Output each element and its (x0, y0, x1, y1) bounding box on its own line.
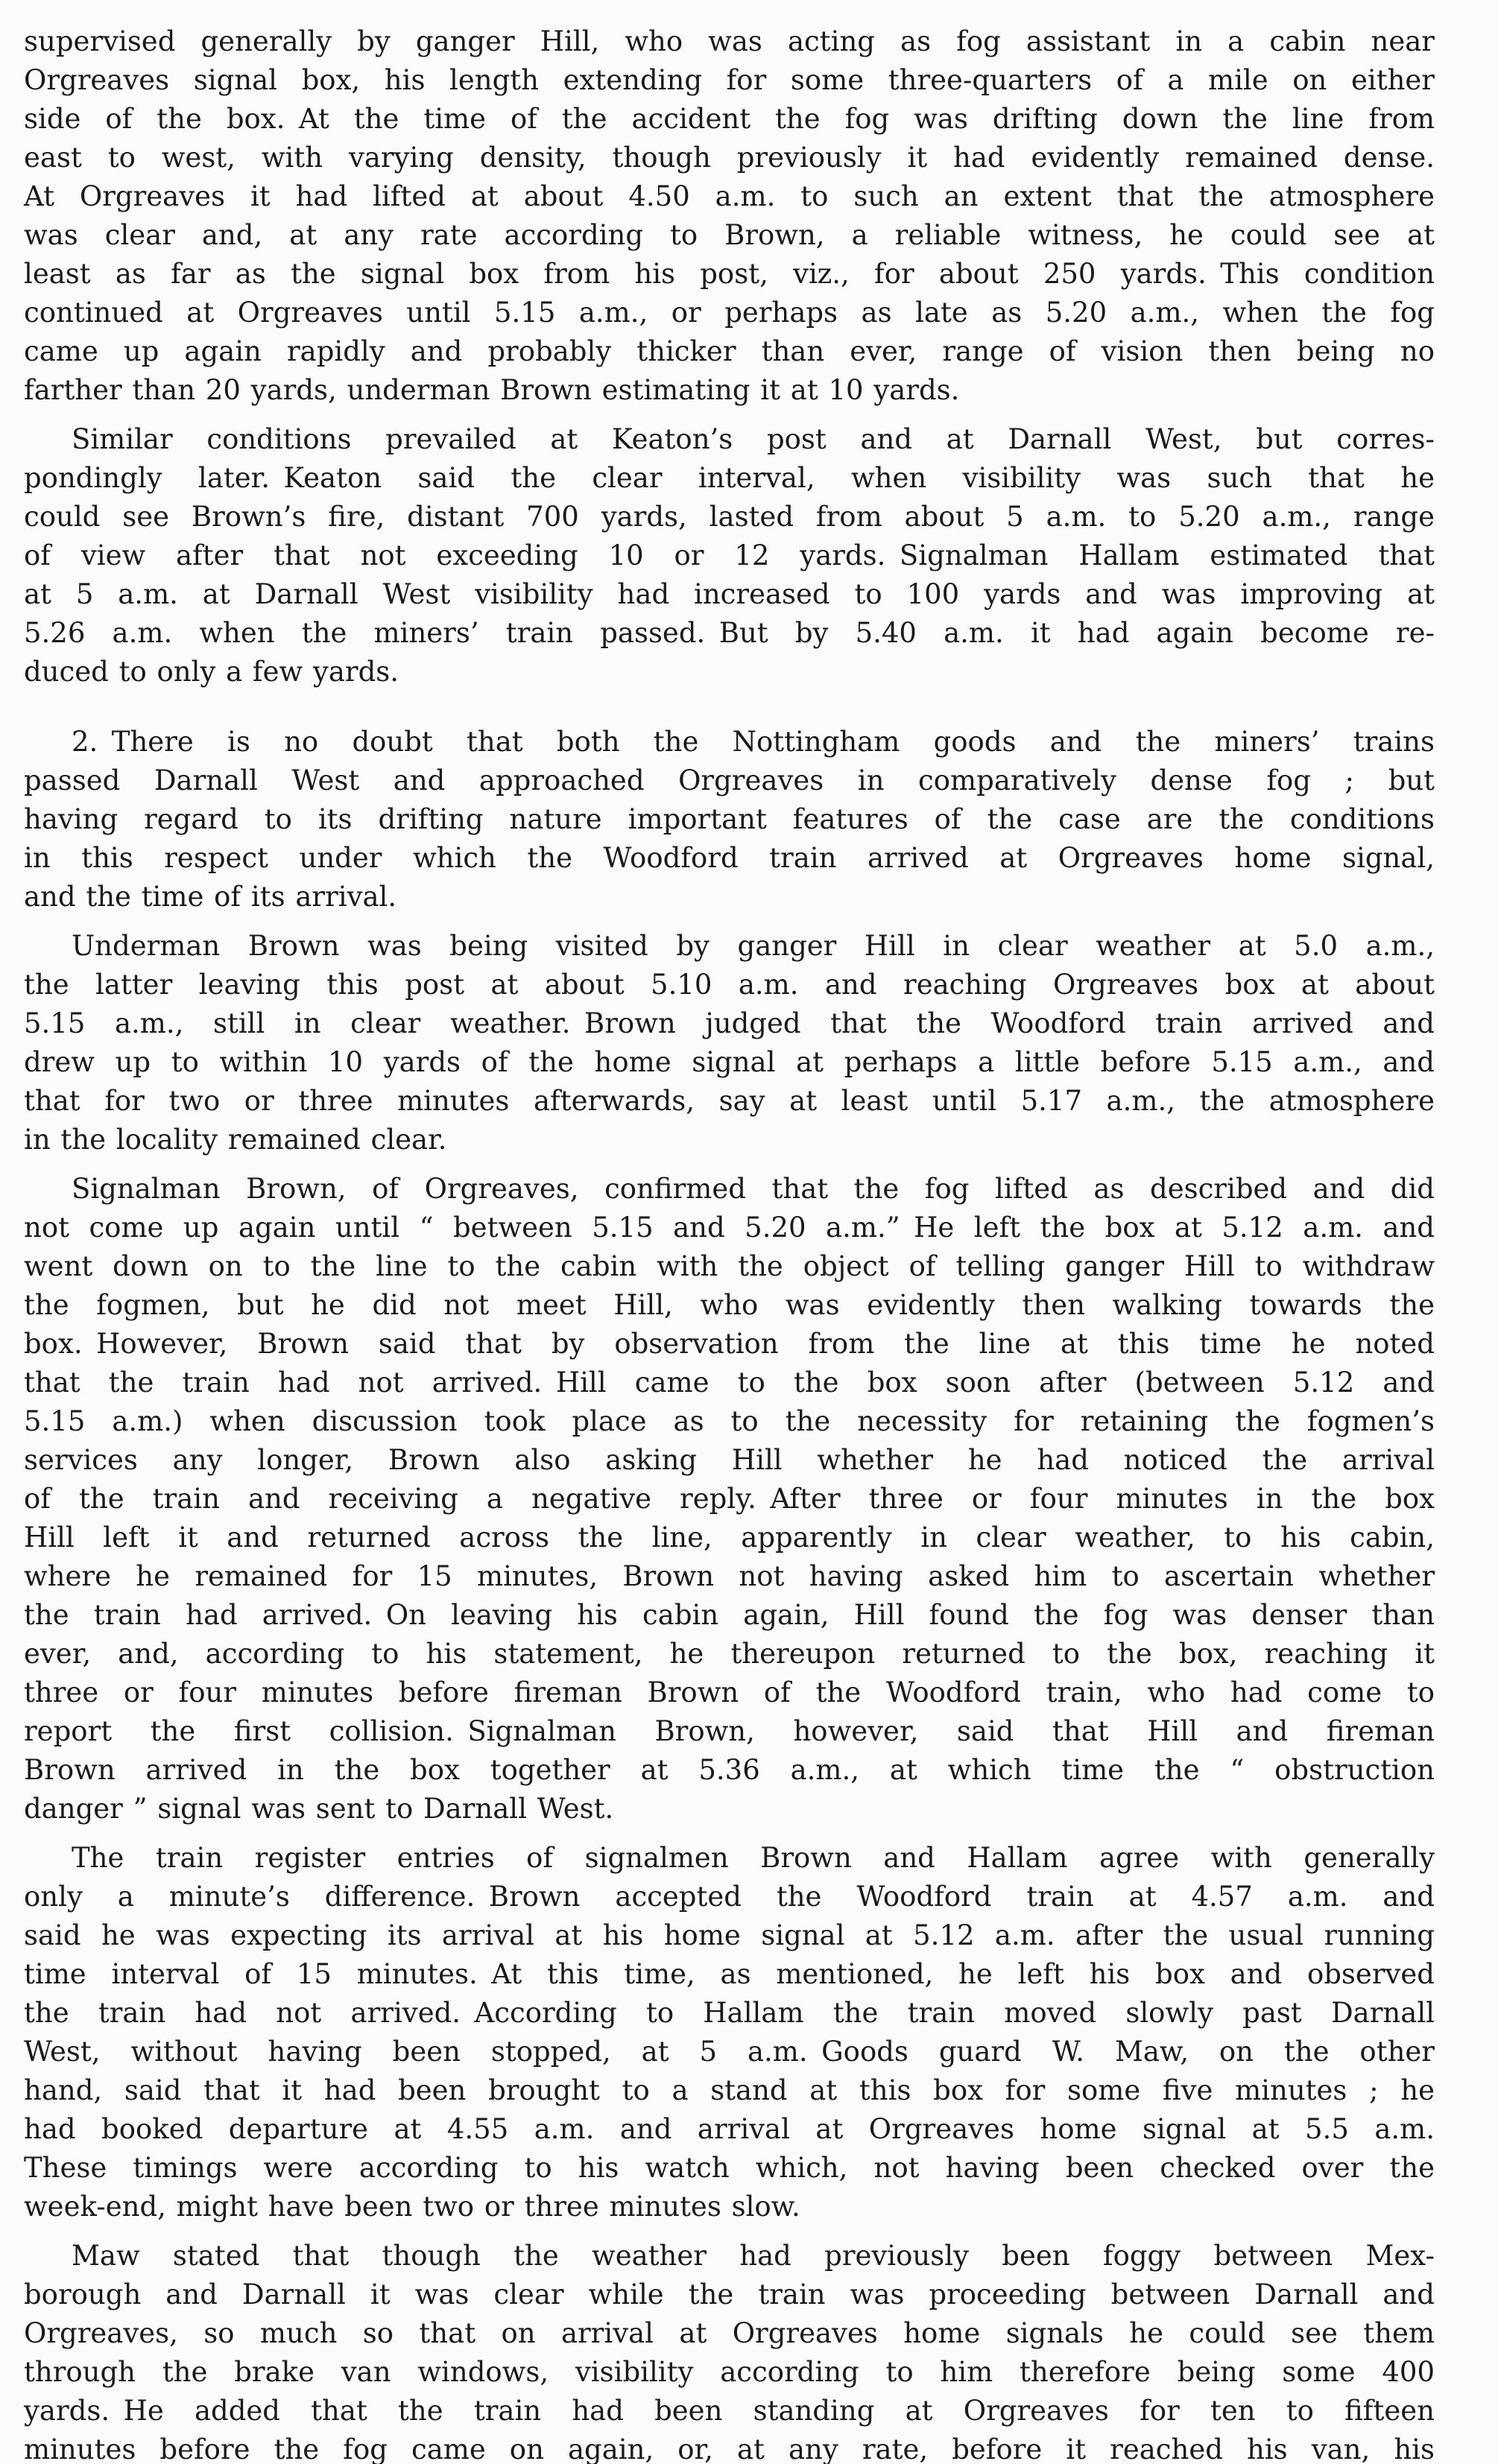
text-line: could see Brown’s fire, distant 700 yard… (24, 498, 1435, 536)
text-line: The train register entries of signalmen … (24, 1839, 1435, 1878)
text-line: continued at Orgreaves until 5.15 a.m., … (24, 294, 1435, 332)
text-line: danger ” signal was sent to Darnall West… (24, 1790, 1435, 1828)
paragraph: 2. There is no doubt that both the Notti… (24, 723, 1435, 916)
paragraph: Underman Brown was being visited by gang… (24, 927, 1435, 1159)
text-line: box. However, Brown said that by observa… (24, 1325, 1435, 1364)
text-line: where he remained for 15 minutes, Brown … (24, 1557, 1435, 1596)
text-line: through the brake van windows, visibilit… (24, 2353, 1435, 2392)
text-line: duced to only a few yards. (24, 653, 1435, 691)
text-line: These timings were according to his watc… (24, 2149, 1435, 2188)
text-line: borough and Darnall it was clear while t… (24, 2275, 1435, 2314)
text-line: 5.26 a.m. when the miners’ train passed.… (24, 614, 1435, 653)
text-line: At Orgreaves it had lifted at about 4.50… (24, 177, 1435, 216)
text-line: in this respect under which the Woodford… (24, 839, 1435, 878)
paragraph: Maw stated that though the weather had p… (24, 2237, 1435, 2464)
text-line: was clear and, at any rate according to … (24, 216, 1435, 255)
text-line: drew up to within 10 yards of the home s… (24, 1043, 1435, 1082)
text-line: supervised generally by ganger Hill, who… (24, 22, 1435, 61)
document-page: supervised generally by ganger Hill, who… (0, 0, 1498, 2464)
text-line: Orgreaves, so much so that on arrival at… (24, 2314, 1435, 2353)
paragraph: supervised generally by ganger Hill, who… (24, 22, 1435, 410)
text-line: went down on to the line to the cabin wi… (24, 1247, 1435, 1286)
text-line: that for two or three minutes afterwards… (24, 1082, 1435, 1121)
text-line: ever, and, according to his statement, h… (24, 1635, 1435, 1673)
text-line: only a minute’s difference. Brown accept… (24, 1878, 1435, 1916)
text-line: having regard to its drifting nature imp… (24, 800, 1435, 839)
text-line: and the time of its arrival. (24, 878, 1435, 916)
paragraph: The train register entries of signalmen … (24, 1839, 1435, 2226)
text-line: had booked departure at 4.55 a.m. and ar… (24, 2110, 1435, 2149)
text-line: the latter leaving this post at about 5.… (24, 966, 1435, 1004)
text-line: said he was expecting its arrival at his… (24, 1916, 1435, 1955)
text-line: passed Darnall West and approached Orgre… (24, 761, 1435, 800)
text-line: the fogmen, but he did not meet Hill, wh… (24, 1286, 1435, 1325)
text-line: farther than 20 yards, underman Brown es… (24, 371, 1435, 410)
paragraph: Signalman Brown, of Orgreaves, confirmed… (24, 1170, 1435, 1828)
text-line: Signalman Brown, of Orgreaves, confirmed… (24, 1170, 1435, 1209)
text-line: of the train and receiving a negative re… (24, 1480, 1435, 1518)
text-line: Similar conditions prevailed at Keaton’s… (24, 420, 1435, 459)
text-line: 5.15 a.m., still in clear weather. Brown… (24, 1004, 1435, 1043)
text-line: least as far as the signal box from his … (24, 255, 1435, 294)
text-line: at 5 a.m. at Darnall West visibility had… (24, 575, 1435, 614)
text-line: Brown arrived in the box together at 5.3… (24, 1751, 1435, 1790)
paragraph: Similar conditions prevailed at Keaton’s… (24, 420, 1435, 691)
text-line: pondingly later. Keaton said the clear i… (24, 459, 1435, 498)
text-line: West, without having been stopped, at 5 … (24, 2033, 1435, 2071)
text-line: 5.15 a.m.) when discussion took place as… (24, 1402, 1435, 1441)
text-line: minutes before the fog came on again, or… (24, 2430, 1435, 2464)
text-line: came up again rapidly and probably thick… (24, 332, 1435, 371)
text-line: three or four minutes before fireman Bro… (24, 1673, 1435, 1712)
text-line: Maw stated that though the weather had p… (24, 2237, 1435, 2275)
text-line: yards. He added that the train had been … (24, 2392, 1435, 2430)
text-line: side of the box. At the time of the acci… (24, 100, 1435, 139)
text-line: time interval of 15 minutes. At this tim… (24, 1955, 1435, 1994)
text-line: 2. There is no doubt that both the Notti… (24, 723, 1435, 761)
text-line: week-end, might have been two or three m… (24, 2188, 1435, 2226)
text-line: of view after that not exceeding 10 or 1… (24, 536, 1435, 575)
text-line: Hill left it and returned across the lin… (24, 1518, 1435, 1557)
text-line: report the first collision. Signalman Br… (24, 1712, 1435, 1751)
text-line: in the locality remained clear. (24, 1121, 1435, 1159)
text-line: Underman Brown was being visited by gang… (24, 927, 1435, 966)
text-line: the train had arrived. On leaving his ca… (24, 1596, 1435, 1635)
text-line: that the train had not arrived. Hill cam… (24, 1364, 1435, 1402)
text-line: east to west, with varying density, thou… (24, 139, 1435, 177)
text-line: the train had not arrived. According to … (24, 1994, 1435, 2033)
text-line: hand, said that it had been brought to a… (24, 2071, 1435, 2110)
text-line: services any longer, Brown also asking H… (24, 1441, 1435, 1480)
text-line: Orgreaves signal box, his length extendi… (24, 61, 1435, 100)
text-line: not come up again until “ between 5.15 a… (24, 1209, 1435, 1247)
